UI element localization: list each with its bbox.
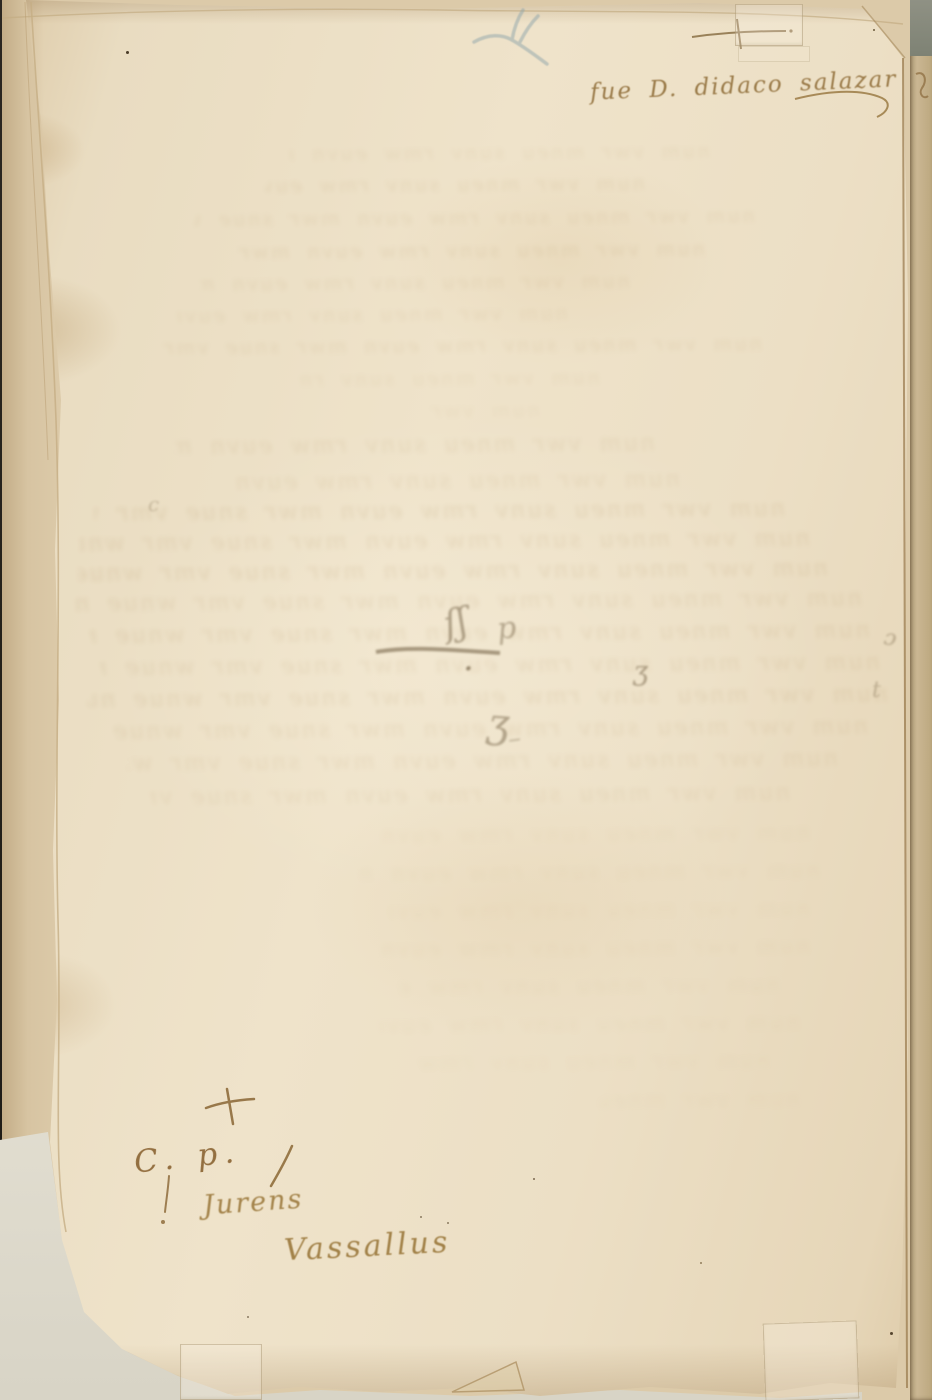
ink-shadow-mark: p — [495, 613, 517, 645]
ink-shadow-mark: t — [872, 680, 881, 702]
bleedthrough-line: num vwr mneu sunv rmw euvn mwr snue vmr … — [400, 973, 780, 1001]
bleedthrough-line: num vwr mneu sunv rmw euvn mwr snue vmr … — [380, 820, 810, 848]
bleedthrough-line: num vwr mneu sunv rmw euvn mwr snue vmr … — [128, 746, 838, 777]
bleedthrough-line: num vwr mneu sunv rmw euvn mwr snue vmr … — [380, 1011, 800, 1039]
word-vassallus: Vassallus — [283, 1226, 451, 1268]
paper-speck — [873, 29, 875, 31]
paper-speck — [700, 1262, 702, 1264]
classmark-cp: C. p. — [133, 1134, 243, 1179]
manuscript-page: num vwr mneu sunv rmw euvn mwr snue vmr … — [0, 0, 932, 1400]
bleedthrough-line: num vwr mneu sunv rmw euvn mwr snue vmr … — [162, 331, 762, 359]
bleedthrough-line: num vwr mneu sunv rmw euvn mwr snue vmr … — [195, 203, 755, 231]
ink-shadow-mark: ʒ — [633, 658, 648, 685]
paper-speck — [126, 51, 129, 54]
bleedthrough-line: num vwr mneu sunv rmw euvn mwr snue vmr … — [175, 430, 655, 459]
binding-cloth-corner — [908, 0, 932, 56]
bleedthrough-line: num vwr mneu sunv rmw euvn mwr snue vmr … — [90, 617, 870, 648]
word-jurens: Jurens — [202, 1185, 304, 1222]
paper-speck — [447, 1222, 449, 1224]
bleedthrough-line: num vwr mneu sunv rmw euvn mwr snue vmr … — [88, 681, 888, 713]
bleedthrough-line: num vwr mneu sunv rmw euvn mwr snue vmr … — [420, 398, 540, 423]
bleedthrough-line: num vwr mneu sunv rmw euvn mwr snue vmr … — [600, 1087, 800, 1113]
bleedthrough-line: num vwr mneu sunv rmw euvn mwr snue vmr … — [390, 897, 810, 925]
bleedthrough-line: num vwr mneu sunv rmw euvn mwr snue vmr … — [80, 525, 810, 556]
ink-shadow-mark: – — [506, 725, 522, 753]
scanned-manuscript-photo: num vwr mneu sunv rmw euvn mwr snue vmr … — [0, 0, 932, 1400]
bleedthrough-line: num vwr mneu sunv rmw euvn mwr snue vmr … — [72, 585, 862, 617]
bleedthrough-line: num vwr mneu sunv rmw euvn mwr snue vmr … — [150, 780, 790, 810]
paper-speck — [420, 1216, 422, 1218]
archivist-inscription: fue D. didaco salazar — [590, 67, 898, 106]
ink-shadow-mark: · — [463, 652, 474, 686]
bleedthrough-line: num vwr mneu sunv rmw euvn mwr snue vmr … — [265, 171, 645, 198]
ink-shadow-mark: ʒ — [486, 703, 511, 744]
tape-piece-top-right — [735, 4, 803, 46]
bleedthrough-line: num vwr mneu sunv rmw euvn mwr snue vmr … — [410, 1049, 770, 1077]
bleedthrough-line: num vwr mneu sunv rmw euvn mwr snue vmr … — [200, 268, 630, 295]
ink-shadow-mark: ɔ — [882, 627, 898, 651]
ink-shadow-mark: ſʃ — [441, 604, 471, 644]
tape-piece-bottom-right — [763, 1320, 860, 1400]
bleedthrough-line: num vwr mneu sunv rmw euvn mwr snue vmr … — [370, 934, 810, 962]
adjacent-page-edge — [908, 0, 932, 1400]
bleedthrough-line: num vwr mneu sunv rmw euvn mwr snue vmr … — [95, 496, 785, 527]
ink-shadow-mark: c — [148, 494, 159, 514]
tape-shadow-top-right — [738, 46, 810, 62]
paper-speck — [247, 1316, 249, 1318]
bleedthrough-line: num vwr mneu sunv rmw euvn mwr snue vmr … — [108, 713, 868, 744]
paper-speck — [890, 1332, 893, 1335]
bleedthrough-line: num vwr mneu sunv rmw euvn mwr snue vmr … — [235, 236, 705, 263]
bleedthrough-line: num vwr mneu sunv rmw euvn mwr snue vmr … — [178, 301, 568, 328]
bleedthrough-line: num vwr mneu sunv rmw euvn mwr snue vmr … — [78, 555, 828, 586]
bleedthrough-line: num vwr mneu sunv rmw euvn mwr snue vmr … — [230, 466, 680, 495]
bleedthrough-line: num vwr mneu sunv rmw euvn mwr snue vmr … — [360, 858, 820, 886]
tape-piece-bottom-center — [180, 1344, 262, 1400]
paper-speck — [533, 1178, 535, 1180]
bleedthrough-line: num vwr mneu sunv rmw euvn mwr snue vmr … — [100, 649, 880, 680]
bleedthrough-line: num vwr mneu sunv rmw euvn mwr snue vmr … — [290, 139, 710, 166]
bleedthrough-line: num vwr mneu sunv rmw euvn mwr snue vmr … — [300, 365, 600, 391]
